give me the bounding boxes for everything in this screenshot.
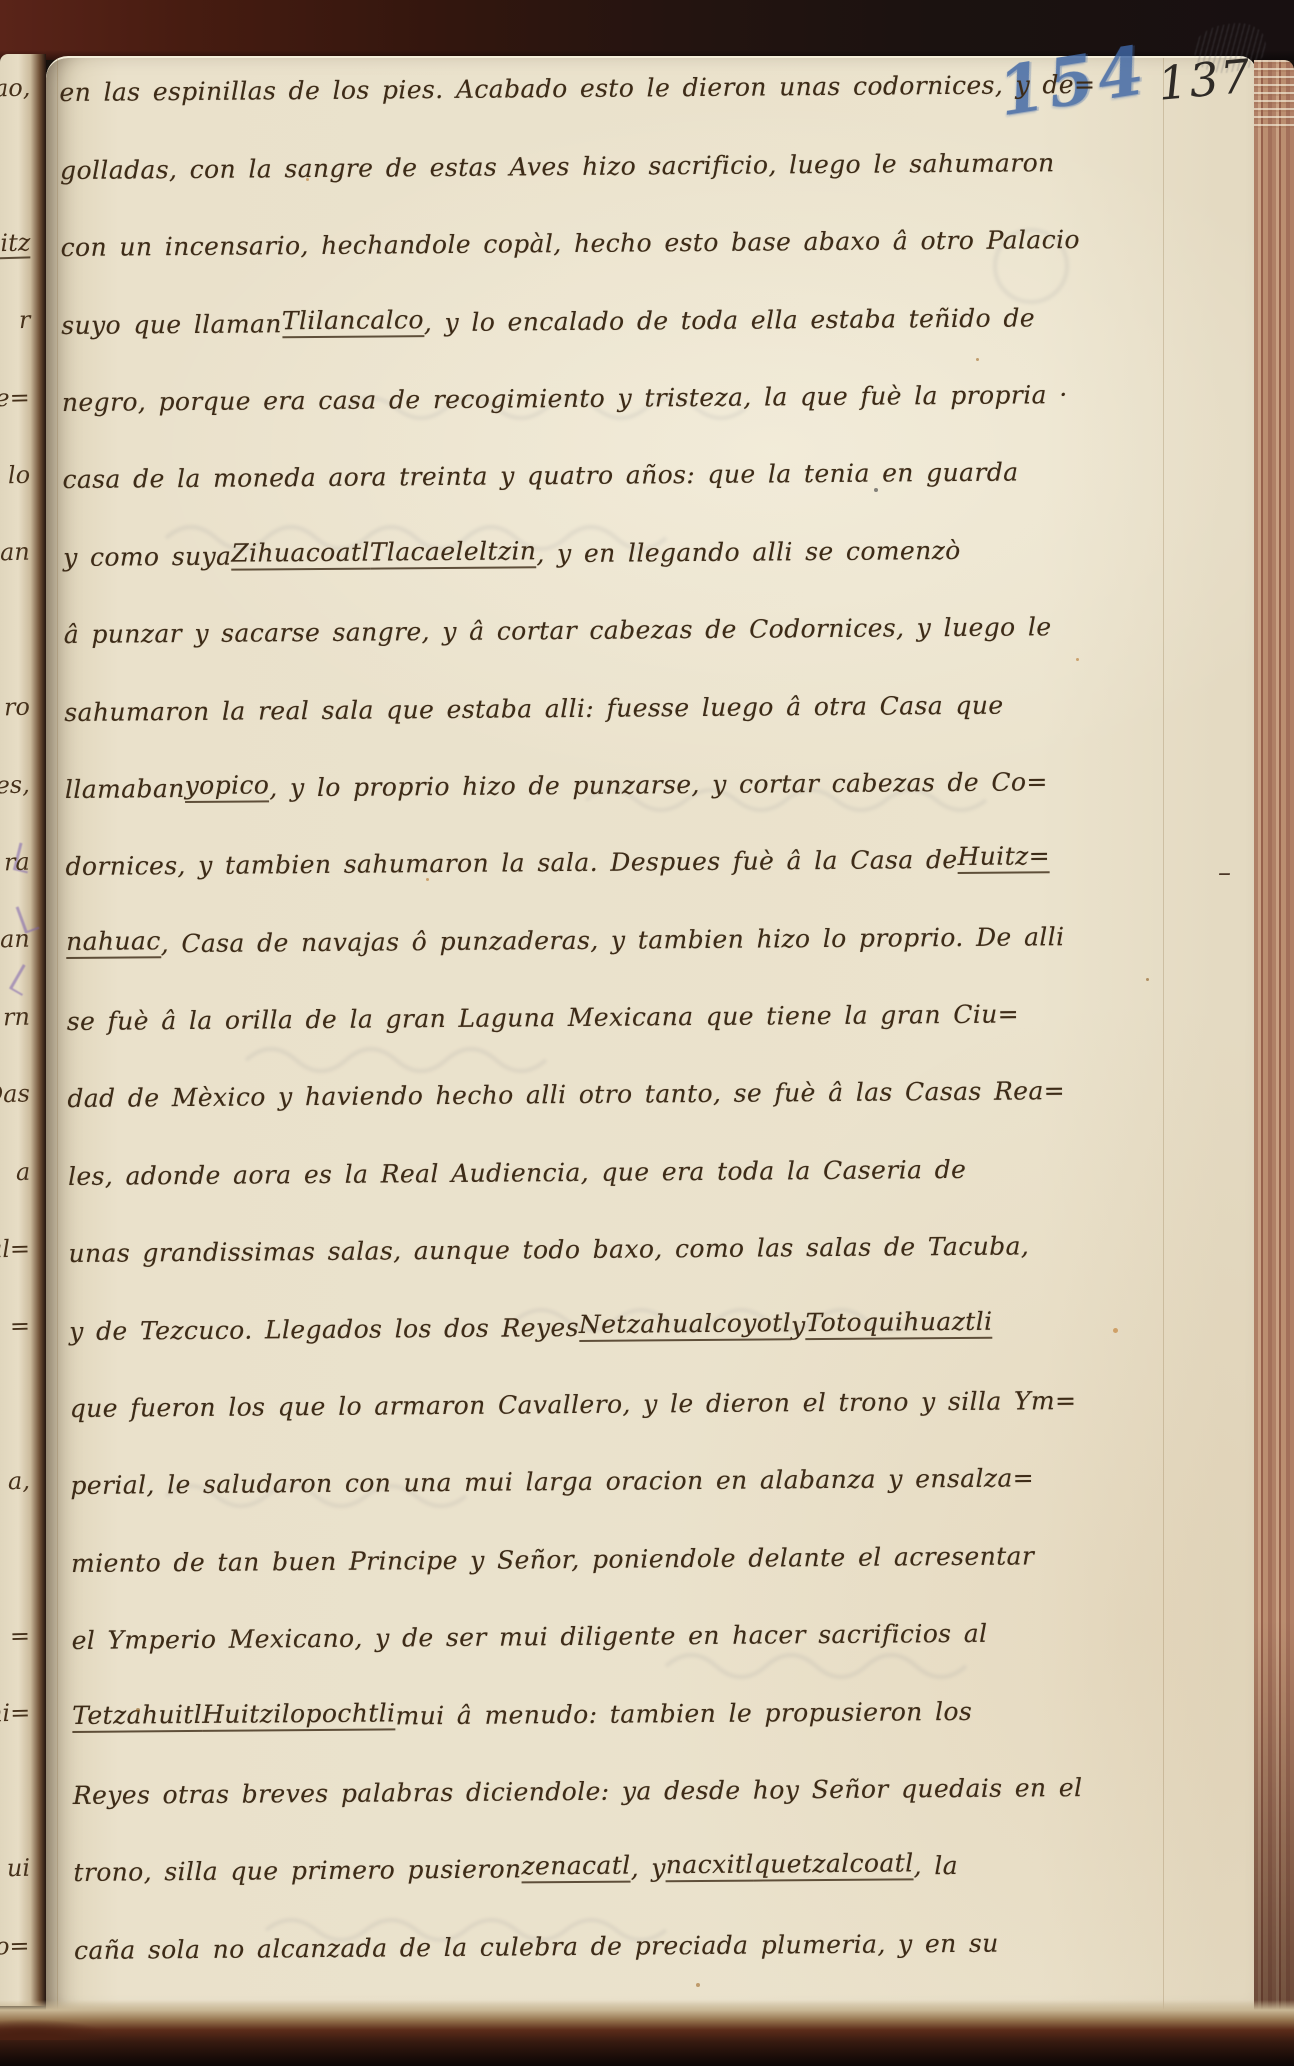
- manuscript-line: Reyes otras breves palabras diciendole: …: [72, 1724, 1183, 1810]
- line-text: , y en llegando alli se comenzò: [536, 536, 961, 568]
- line-text: trono, silla que primero pusieron: [73, 1855, 521, 1888]
- line-text: , y lo proprio hizo de punzarse, y corta…: [269, 767, 1048, 802]
- line-text: nacxitl: [666, 1850, 754, 1883]
- manuscript-page: 154 137. en las espinillas de los pies. …: [46, 56, 1256, 2020]
- line-text: ui: [6, 1854, 30, 1883]
- facing-page-fragment: =: [10, 1312, 31, 1343]
- facing-page-fragment: Das: [0, 1080, 30, 1111]
- manuscript-line: y como suya Zihuacoatl Tlacaeleltzin, y …: [63, 486, 1174, 572]
- paper-speck: [306, 178, 309, 181]
- line-text: Huitzilopochtli: [202, 1698, 396, 1732]
- line-text: Netzahualcoyotl: [579, 1308, 791, 1342]
- line-text: , la: [914, 1851, 959, 1880]
- line-text: Tetzahuitl: [72, 1700, 202, 1733]
- page-corners-stack: [1254, 60, 1294, 130]
- line-text: zenacatl: [521, 1851, 630, 1884]
- paper-speck: [426, 878, 429, 881]
- line-text: mui â menudo: tambien le propusieron los: [395, 1696, 972, 1730]
- line-text: an: [0, 538, 30, 567]
- manuscript-line: perial, le saludaron con una mui larga o…: [70, 1414, 1181, 1500]
- manuscript-line: miento de tan buen Principe y Señor, pon…: [71, 1492, 1182, 1578]
- facing-page-fragment: ro: [4, 693, 31, 724]
- manuscript-scan: ao,uitzrne=loanrotes,raanrnDasaal==a,=ni…: [0, 0, 1294, 2066]
- facing-page-fragment: an: [0, 925, 30, 956]
- manuscript-line: sahumaron la real sala que estaba alli: …: [64, 640, 1175, 726]
- paper-speck: [1076, 658, 1079, 661]
- manuscript-line: el Ymperio Mexicano, y de ser mui dilige…: [71, 1569, 1182, 1655]
- facing-page-fragment: al=: [0, 1234, 30, 1265]
- facing-page-fragment: an: [0, 538, 30, 569]
- facing-page-fragment: ui: [6, 1854, 30, 1885]
- line-text: Zihuacoatl: [231, 537, 370, 570]
- line-text: y como suya: [63, 541, 231, 571]
- line-text: quetzalcoatl: [754, 1849, 914, 1882]
- line-text: y de Tezcuco. Llegados los dos Reyes: [69, 1313, 579, 1346]
- book-binding-bottom: [0, 2000, 1294, 2066]
- line-text: , y lo encalado de toda ella estaba teñi…: [424, 303, 1035, 337]
- manuscript-line: llamaban yopico, y lo proprio hizo de pu…: [64, 718, 1175, 804]
- line-text: suyo que llaman: [61, 309, 282, 340]
- line-text: uitz: [0, 228, 30, 259]
- line-text: r: [18, 306, 30, 334]
- manuscript-line: dornices, y tambien sahumaron la sala. D…: [65, 795, 1176, 881]
- line-text: y: [791, 1311, 806, 1340]
- facing-page-fragment: ne=: [0, 383, 30, 414]
- manuscript-line: nahuac, Casa de navajas ô punzaderas, y …: [66, 873, 1177, 959]
- line-text: Tlacaeleltzin: [370, 536, 537, 569]
- line-text: Das: [0, 1080, 30, 1109]
- line-text: Totoquihuaztli: [805, 1306, 992, 1339]
- text-block: en las espinillas de los pies. Acabado e…: [59, 21, 1184, 1964]
- line-text: , y: [631, 1854, 666, 1883]
- line-text: =: [10, 1622, 31, 1651]
- manuscript-line: trono, silla que primero pusieron zenaca…: [73, 1801, 1184, 1887]
- facing-page-edge: ao,uitzrne=loanrotes,raanrnDasaal==a,=ni…: [0, 54, 46, 2006]
- line-text: Huitz=: [957, 842, 1050, 875]
- line-text: ra: [4, 848, 31, 877]
- line-text: Tlilancalco: [282, 305, 424, 338]
- paper-speck: [1113, 1328, 1118, 1333]
- manuscript-line: que fueron los que lo armaron Cavallero,…: [69, 1337, 1180, 1423]
- manuscript-line: Tetzahuitl Huitzilopochtli mui â menudo:…: [72, 1646, 1183, 1732]
- page-stack-fore-edge: [1254, 60, 1294, 2010]
- facing-page-fragment: lo: [7, 461, 30, 492]
- line-text: nahuac: [66, 926, 161, 959]
- manuscript-line: caña sola no alcanzada de la culebra de …: [74, 1879, 1185, 1965]
- paper-speck: [136, 1708, 140, 1712]
- paper-speck: [976, 358, 979, 361]
- manuscript-line: â punzar y sacarse sangre, y â cortar ca…: [63, 563, 1174, 649]
- manuscript-line: se fuè â la orilla de la gran Laguna Mex…: [66, 950, 1177, 1036]
- facing-page-fragment: a,: [8, 1467, 31, 1498]
- manuscript-line: negro, porque era casa de recogimiento y…: [61, 331, 1172, 417]
- line-text: a: [15, 1157, 30, 1185]
- facing-page-fragment: tes,: [0, 770, 30, 801]
- manuscript-line: casa de la moneda aora treinta y quatro …: [62, 408, 1173, 494]
- line-text: al=: [0, 1234, 30, 1263]
- line-text: an: [0, 925, 30, 954]
- line-text: ni=: [0, 1699, 30, 1728]
- facing-page-fragment: r: [18, 306, 30, 336]
- purple-stamp-fragment: [9, 964, 36, 996]
- line-text: lo: [7, 461, 30, 490]
- facing-page-fragment: rn: [3, 1002, 31, 1033]
- paper-speck: [696, 1983, 700, 1987]
- facing-page-fragment: =: [10, 1622, 31, 1653]
- line-text: ne=: [0, 383, 30, 412]
- margin-dash: –: [1218, 858, 1231, 888]
- facing-page-fragment: uitz: [0, 228, 30, 259]
- manuscript-line: golladas, con la sangre de estas Aves hi…: [60, 99, 1171, 185]
- manuscript-line: en las espinillas de los pies. Acabado e…: [59, 21, 1170, 107]
- line-text: rn: [3, 1002, 31, 1031]
- line-text: tes,: [0, 770, 30, 799]
- line-text: ao,: [0, 74, 30, 103]
- line-text: o=: [0, 1931, 30, 1960]
- manuscript-line: unas grandissimas salas, aunque todo bax…: [68, 1182, 1179, 1268]
- ink-dot: [874, 488, 878, 492]
- manuscript-line: y de Tezcuco. Llegados los dos Reyes Net…: [69, 1259, 1180, 1345]
- facing-page-fragment: ra: [4, 848, 31, 879]
- line-text: yopico: [185, 770, 270, 803]
- facing-page-fragment: a: [15, 1157, 30, 1187]
- manuscript-line: dad de Mèxico y haviendo hecho alli otro…: [67, 1027, 1178, 1113]
- facing-page-fragment: ni=: [0, 1699, 30, 1730]
- line-text: llamaban: [65, 774, 185, 804]
- paper-speck: [1146, 978, 1149, 981]
- facing-page-fragment: ao,: [0, 74, 30, 105]
- line-text: =: [10, 1312, 31, 1341]
- line-text: a,: [8, 1467, 31, 1496]
- facing-page-fragment: o=: [0, 1931, 30, 1962]
- line-text: ro: [4, 693, 31, 722]
- manuscript-line: suyo que llaman Tlilancalco, y lo encala…: [61, 253, 1172, 339]
- manuscript-line: les, adonde aora es la Real Audiencia, q…: [68, 1105, 1179, 1191]
- manuscript-line: con un incensario, hechandole copàl, hec…: [60, 176, 1171, 262]
